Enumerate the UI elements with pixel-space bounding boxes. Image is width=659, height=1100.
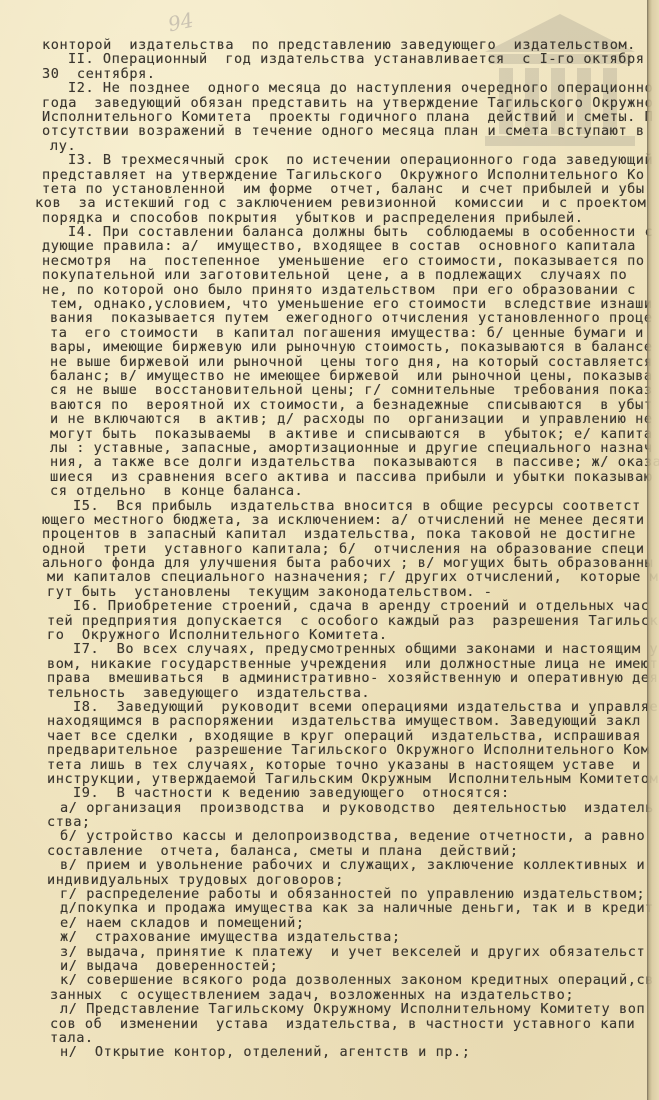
text-line: д/покупка и продажа имущества как за нал… (0, 901, 659, 915)
text-line: вом, никакие государственные учреждения … (0, 657, 659, 671)
text-line: года заведующий обязан представить на ут… (0, 96, 659, 110)
text-line: II. Операционный год издательства устана… (0, 52, 659, 66)
text-line: I8. Заведующий руководит всеми операциям… (0, 700, 659, 714)
text-line: отсутствии возражений в течение одного м… (0, 124, 659, 138)
text-line: тета по установленной им форме отчет, ба… (0, 182, 659, 196)
text-line: го Окружного Исполнительного Комитета. (0, 628, 659, 642)
text-line: и не включаются в актив; д/ расходы по о… (0, 412, 659, 426)
text-line: ми капиталов специального назначения; г/… (0, 570, 659, 584)
text-line: права вмешиваться в административно- хоз… (0, 671, 659, 685)
text-line: I3. В трехмесячный срок по истечении опе… (0, 153, 659, 167)
text-line: ства; (0, 815, 659, 829)
text-line: ющего местного бюджета, за исключением: … (0, 513, 659, 527)
text-line: I7. Во всех случаях, предусмотренных общ… (0, 642, 659, 656)
text-line: процентов в запасный капитал издательств… (0, 527, 659, 541)
text-line: ваются по вероятной их стоимости, а безн… (0, 398, 659, 412)
text-line: Исполнительного Комитета проекты годично… (0, 110, 659, 124)
text-line: не, по которой оно было принято издатель… (0, 283, 659, 297)
text-line: баланс; в/ имущество не имеющее биржевой… (0, 369, 659, 383)
text-line: представляет на утверждение Тагильского … (0, 168, 659, 182)
pencil-page-number: 94 (166, 8, 196, 37)
text-line: находящимся в распоряжении издательства … (0, 714, 659, 728)
text-line: конторой издательства по представлению з… (0, 38, 659, 52)
text-line: к/ совершение всякого рода дозволенных з… (0, 973, 659, 987)
text-line: I9. В частности к ведению заведующего от… (0, 786, 659, 800)
text-line: предварительное разрешение Тагильского О… (0, 743, 659, 757)
text-line: и/ выдача доверенностей; (0, 959, 659, 973)
text-line: гут быть установлены текущим законодател… (0, 585, 659, 599)
typewritten-text: конторой издательства по представлению з… (0, 38, 659, 1060)
text-line: л/ Представление Тагильскому Окружному И… (0, 1002, 659, 1016)
text-line: ния, а также все долги издательства пока… (0, 455, 659, 469)
text-line: занных с осуществлением задач, возложенн… (0, 988, 659, 1002)
text-line: г/ распределение работы и обязанностей п… (0, 887, 659, 901)
text-line: ков за истекший год с заключением ревизи… (0, 196, 659, 210)
text-line: ся отдельно в конце баланса. (0, 484, 659, 498)
text-line: в/ прием и увольнение рабочих и служащих… (0, 858, 659, 872)
document-page: 94 конторой издательства по представлени… (0, 0, 659, 1100)
text-line: порядка и способов покрытия убытков и ра… (0, 211, 659, 225)
text-line: тем, однако,условием, что уменьшение его… (0, 297, 659, 311)
text-line: ж/ страхование имущества издательства; (0, 930, 659, 944)
text-line: дующие правила: а/ имущество, входящее в… (0, 239, 659, 253)
text-line: тета лишь в тех случаях, которые точно у… (0, 758, 659, 772)
text-line: лы : уставные, запасные, амортизационные… (0, 441, 659, 455)
text-line: чает все сделки , входящие в круг операц… (0, 729, 659, 743)
text-line: тельность заведующего издательства. (0, 686, 659, 700)
text-line: одной трети уставного капитала; б/ отчис… (0, 542, 659, 556)
text-line: несмотря на постепенное уменьшение его с… (0, 254, 659, 268)
text-line: вания показывается путем ежегодного отчи… (0, 311, 659, 325)
page-edge-fold (647, 0, 659, 1100)
text-line: индивидуальных трудовых договоров; (0, 873, 659, 887)
text-line: ся не выше восстановительной цены; г/ со… (0, 383, 659, 397)
text-line: могут быть показываемы в активе и списыв… (0, 427, 659, 441)
text-line: б/ устройство кассы и делопроизводства, … (0, 829, 659, 843)
text-line: I5. Вся прибыль издательства вносится в … (0, 499, 659, 513)
text-line: I4. При составлении баланса должны быть … (0, 225, 659, 239)
text-line: 30 сентября. (0, 67, 659, 81)
text-line: н/ Открытие контор, отделений, агентств … (0, 1045, 659, 1059)
text-line: з/ выдача, принятие к платежу и учет век… (0, 945, 659, 959)
text-line: ального фонда для улучшения быта рабочих… (0, 556, 659, 570)
text-line: е/ наем складов и помещений; (0, 916, 659, 930)
text-line: I6. Приобретение строений, сдача в аренд… (0, 599, 659, 613)
text-line: та его стоимости в капитал погашения иму… (0, 326, 659, 340)
text-line: I2. Не позднее одного месяца до наступле… (0, 81, 659, 95)
text-line: тей предприятия допускается с особого ка… (0, 614, 659, 628)
text-line: составление отчета, баланса, сметы и пла… (0, 844, 659, 858)
text-line: вары, имеющие биржевую или рыночную стои… (0, 340, 659, 354)
text-line: покупательной или заготовительной цене, … (0, 268, 659, 282)
text-line: инструкции, утверждаемой Тагильским Окру… (0, 772, 659, 786)
text-line: лу. (0, 139, 659, 153)
text-line: не выше биржевой или рыночной цены того … (0, 355, 659, 369)
text-line: сов об изменении устава издательства, в … (0, 1017, 659, 1031)
text-line: а/ организация производства и руководств… (0, 801, 659, 815)
text-line: шиеся из сравнения всего актива и пассив… (0, 470, 659, 484)
text-line: тала. (0, 1031, 659, 1045)
